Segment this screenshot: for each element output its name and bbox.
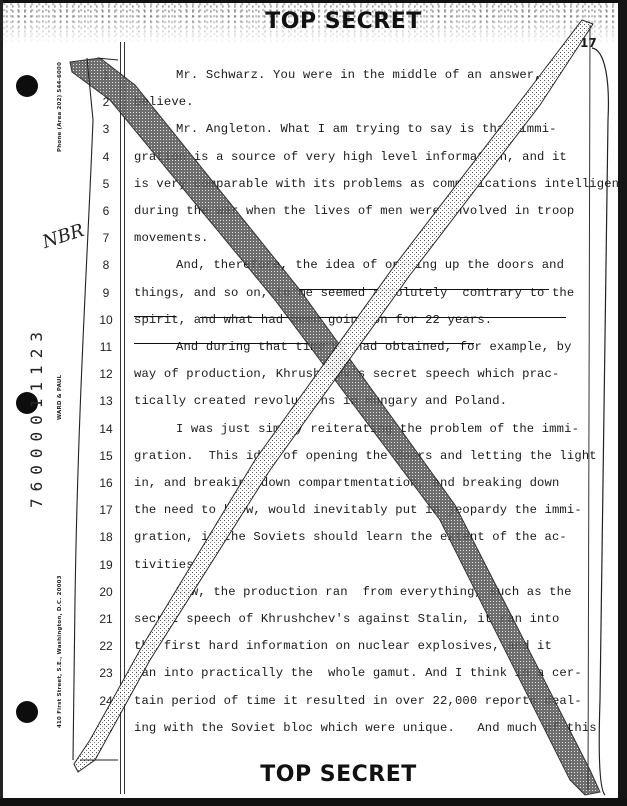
- document-page: TOP SECRET 17 Phone (Area 202) 544-6000 …: [0, 0, 627, 806]
- cross-out-mark: [0, 0, 627, 806]
- classification-footer: TOP SECRET: [25, 762, 627, 787]
